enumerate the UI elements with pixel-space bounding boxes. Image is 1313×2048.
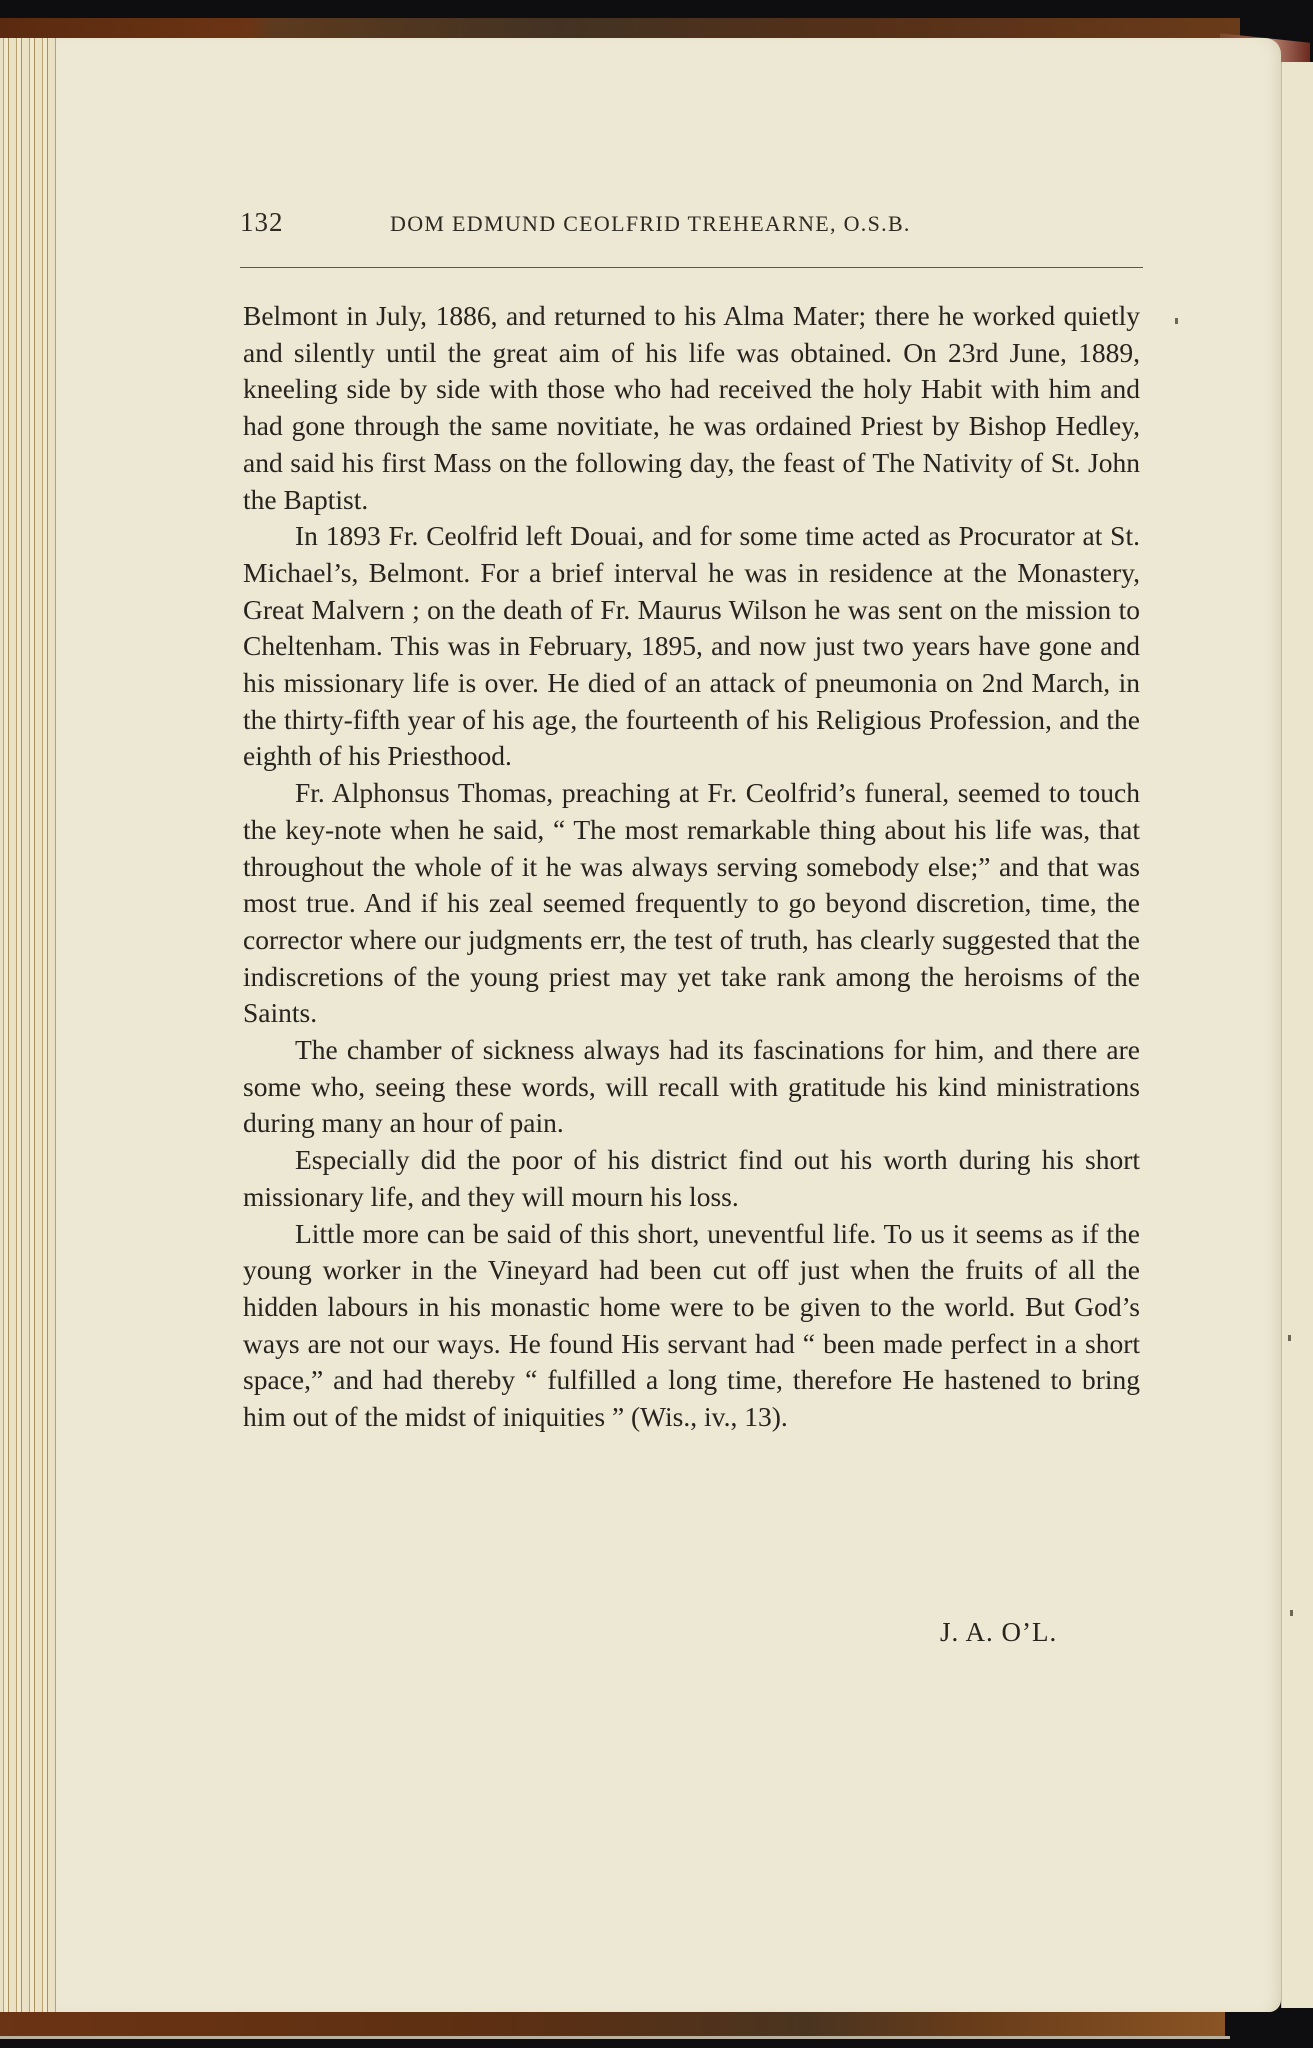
header-rule [240,267,1143,268]
margin-speck [1175,318,1178,324]
paragraph-3: Fr. Alphonsus Thomas, preaching at Fr. C… [243,775,1140,1032]
author-signature: J. A. O’L. [940,1617,1057,1648]
margin-speck [1288,1335,1291,1341]
running-header: 132 DOM EDMUND CEOLFRID TREHEARNE, O.S.B… [240,207,1140,247]
margin-speck [1290,1610,1293,1616]
book-cover-top-edge [0,18,1240,40]
paragraph-2: In 1893 Fr. Ceolfrid left Douai, and for… [243,518,1140,775]
paragraph-5: Especially did the poor of his district … [243,1142,1140,1215]
cover-bottom-trim [0,2036,1230,2039]
book-cover-bottom-edge [0,2011,1225,2037]
paragraph-6: Little more can be said of this short, u… [243,1216,1140,1436]
paragraph-1: Belmont in July, 1886, and returned to h… [243,298,1140,518]
body-text: Belmont in July, 1886, and returned to h… [243,298,1140,1436]
paragraph-4: The chamber of sickness always had its f… [243,1032,1140,1142]
next-page-edge [1281,62,1313,2008]
page-stack-edge [0,38,58,2012]
running-title: DOM EDMUND CEOLFRID TREHEARNE, O.S.B. [390,211,911,237]
page-number: 132 [240,207,284,238]
